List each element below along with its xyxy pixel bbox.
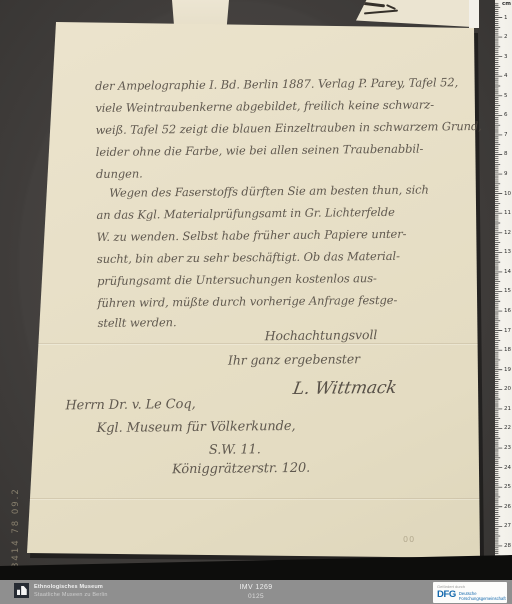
letter-line: prüfungsamt die Untersuchungen kostenlos… [97, 271, 377, 288]
ruler-number: 4 [504, 73, 508, 79]
letter-line: Königgrätzerstr. 120. [172, 461, 310, 477]
dfg-logo: DFG [437, 590, 456, 600]
letter-line: viele Weintraubenkerne abgebildet, freil… [95, 97, 434, 115]
ruler-number: 27 [504, 523, 511, 529]
letter-line: der Ampelographie I. Bd. Berlin 1887. Ve… [95, 75, 458, 93]
ruler-number: 16 [504, 308, 511, 314]
ruler-number: 15 [504, 288, 511, 294]
letter-text-layer: der Ampelographie I. Bd. Berlin 1887. Ve… [0, 0, 512, 604]
letter-line: stellt werden. [97, 315, 176, 330]
ruler-scale: cm 1234567891011121314151617181920212223… [495, 0, 512, 566]
ruler-number: 7 [504, 132, 508, 138]
letter-line: Hochachtungsvoll [265, 327, 378, 343]
letter-line: führen wird, müßte durch vorherige Anfra… [97, 293, 397, 310]
ruler-number: 8 [504, 151, 508, 157]
ruler-number: 14 [504, 269, 511, 275]
letter-line: sucht, bin aber zu sehr beschäftigt. Ob … [97, 249, 400, 266]
dfg-logo-row: DFG Deutsche Forschungsgemeinschaft [437, 590, 507, 602]
letter-line: weiß. Tafel 52 zeigt die blauen Einzeltr… [95, 119, 481, 137]
ruler-number: 23 [504, 445, 511, 451]
ruler-number: 11 [504, 210, 511, 216]
ruler-number: 6 [504, 112, 508, 118]
ruler-number: 2 [504, 34, 508, 40]
ruler-number: 12 [504, 230, 511, 236]
scan-viewer: der Ampelographie I. Bd. Berlin 1887. Ve… [0, 0, 512, 604]
ruler-number: 28 [504, 543, 511, 549]
letter-line: Herrn Dr. v. Le Coq, [65, 397, 195, 413]
letter-line: Wegen des Faserstoffs dürften Sie am bes… [109, 183, 429, 200]
ruler-number: 24 [504, 465, 511, 471]
dfg-org-line2: Forschungsgemeinschaft [459, 596, 506, 601]
ruler-number: 5 [504, 93, 508, 99]
ruler-number: 13 [504, 249, 511, 255]
letter-line: an das Kgl. Materialprüfungsamt in Gr. L… [96, 205, 395, 222]
ruler-number: 19 [504, 367, 511, 373]
ruler-number: 20 [504, 386, 511, 392]
letter-line: dungen. [96, 167, 143, 181]
letter-line: leider ohne die Farbe, wie bei allen sei… [96, 142, 424, 159]
ruler-number: 26 [504, 504, 511, 510]
ruler-ticks [495, 0, 512, 566]
ruler-number: 17 [504, 328, 511, 334]
ruler-number: 22 [504, 425, 511, 431]
ruler-number: 21 [504, 406, 511, 412]
dfg-funding-label: Gefördert durch DFG Deutsche Forschungsg… [433, 582, 507, 603]
pencil-mark: 00 [403, 535, 415, 544]
ruler-number: 1 [504, 15, 508, 21]
letter-line: Kgl. Museum für Völkerkunde, [97, 419, 296, 436]
letter-line: W. zu wenden. Selbst habe früher auch Pa… [97, 227, 407, 244]
ruler-unit-label: cm [502, 1, 511, 7]
letter-line: L. Wittmack [292, 378, 399, 399]
ruler-number: 18 [504, 347, 511, 353]
letter-line: S.W. 11. [209, 442, 261, 458]
ruler-number: 25 [504, 484, 511, 490]
letter-line: Ihr ganz ergebenster [228, 351, 360, 367]
ruler-number: 3 [504, 54, 508, 60]
footer-bar: Ethnologisches Museum Staatliche Museen … [0, 580, 512, 604]
dfg-org-name: Deutsche Forschungsgemeinschaft [459, 590, 506, 602]
archival-number-vertical: 3414 78 09.2 [11, 418, 21, 568]
ruler-number: 10 [504, 191, 511, 197]
ruler-number: 9 [504, 171, 508, 177]
